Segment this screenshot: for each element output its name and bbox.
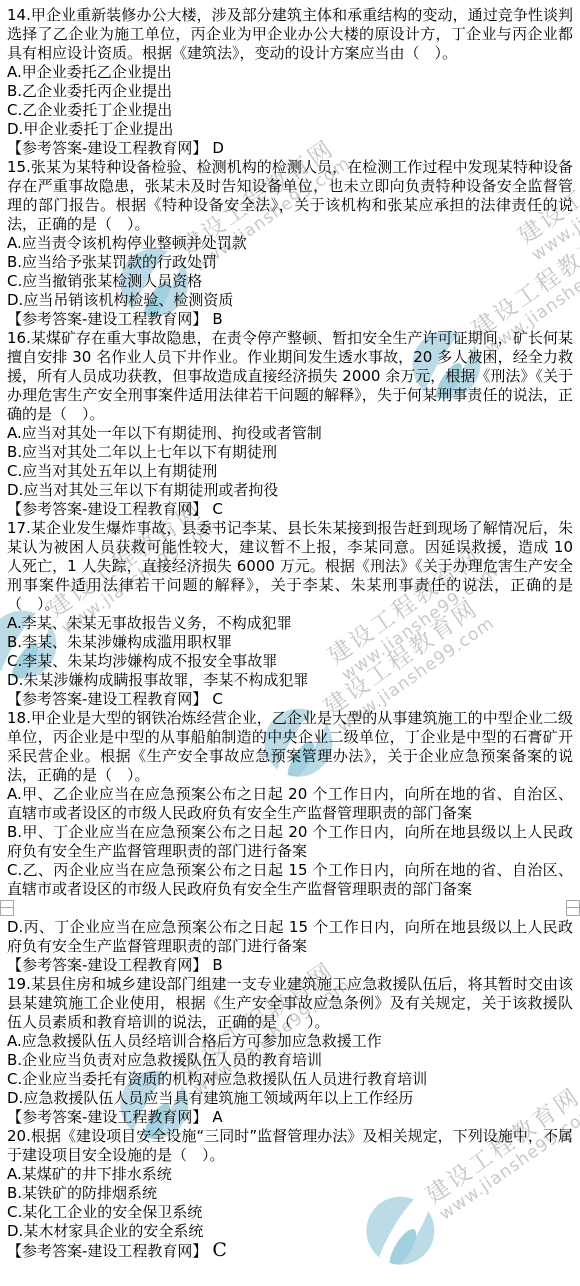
answer-letter: C	[212, 690, 222, 708]
answer-option: B.甲、丁企业应当在应急预案公布之日起 20 个工作日内，向所在地县级以上人民政…	[7, 823, 573, 861]
answer-letter: D	[212, 139, 224, 157]
answer-letter: C	[212, 1239, 227, 1261]
question-stem: 17.某企业发生爆炸事故，县委书记李某、县长朱某接到报告赶到现场了解情况后，朱某…	[7, 519, 573, 614]
answer-prefix: 【参考答案-建设工程教育网】	[7, 690, 207, 708]
answer-prefix: 【参考答案-建设工程教育网】	[7, 1108, 207, 1126]
answer-option: B.某铁矿的防排烟系统	[7, 1184, 573, 1203]
answer-option: A.应当对其处一年以下有期徒刑、拘役或者管制	[7, 424, 573, 443]
page-break-handle	[566, 900, 580, 916]
question-stem: 15.张某为某特种设备检验、检测机构的检测人员，在检测工作过程中发现某特种设备存…	[7, 158, 573, 234]
page-break	[0, 899, 580, 918]
answer-option: D.应当吊销该机构检验、检测资质	[7, 291, 573, 310]
answer-option: B.乙企业委托丙企业提出	[7, 82, 573, 101]
answer-prefix: 【参考答案-建设工程教育网】	[7, 139, 207, 157]
answer-option: A.甲企业委托乙企业提出	[7, 63, 573, 82]
answer-letter: B	[212, 310, 222, 328]
answer-option: C.李某、朱某均涉嫌构成不报安全事故罪	[7, 652, 573, 671]
answer-line: 【参考答案-建设工程教育网】B	[7, 310, 573, 329]
answer-option: B.应当对其处二年以上七年以下有期徒刑	[7, 443, 573, 462]
answer-letter: A	[212, 1108, 222, 1126]
answer-option: A.应急救援队伍人员经培训合格后方可参加应急救援工作	[7, 1032, 573, 1051]
page-break-handle	[0, 900, 14, 916]
answer-option: A.李某、朱某无事故报告义务，不构成犯罪	[7, 614, 573, 633]
answer-option: C.企业应当委托有资质的机构对应急救援队伍人员进行教育培训	[7, 1070, 573, 1089]
answer-option: C.应当撤销张某检测人员资格	[7, 272, 573, 291]
answer-option: C.乙企业委托丁企业提出	[7, 101, 573, 120]
answer-option: B.应当给予张某罚款的行政处罚	[7, 253, 573, 272]
question-list: 14.甲企业重新装修办公大楼，涉及部分建筑主体和承重结构的变动，通过竞争性谈判选…	[0, 0, 580, 1261]
answer-line: 【参考答案-建设工程教育网】A	[7, 1108, 573, 1127]
answer-letter: B	[212, 956, 222, 974]
answer-line: 【参考答案-建设工程教育网】C	[7, 690, 573, 709]
answer-prefix: 【参考答案-建设工程教育网】	[7, 956, 207, 974]
question-stem: 20.根据《建设项目安全设施“三同时”监督管理办法》及相关规定，下列设施中，不属…	[7, 1127, 573, 1165]
answer-line: 【参考答案-建设工程教育网】C	[7, 1241, 573, 1261]
answer-option: B.李某、朱某涉嫌构成滥用职权罪	[7, 633, 573, 652]
answer-option: D.丙、丁企业应当在应急预案公布之日起 15 个工作日内，向所在地县级以上人民政…	[7, 918, 573, 956]
answer-option: A.某煤矿的井下排水系统	[7, 1165, 573, 1184]
answer-option: D.甲企业委托丁企业提出	[7, 120, 573, 139]
answer-option: A.应当责令该机构停业整顿并处罚款	[7, 234, 573, 253]
question-stem: 19.某县住房和城乡建设部门组建一支专业建筑施工应急救援队伍后，将其暂时交由该县…	[7, 975, 573, 1032]
answer-option: D.应急救援队伍人员应当具有建筑施工领域两年以上工作经历	[7, 1089, 573, 1108]
answer-line: 【参考答案-建设工程教育网】B	[7, 956, 573, 975]
answer-line: 【参考答案-建设工程教育网】D	[7, 139, 573, 158]
answer-line: 【参考答案-建设工程教育网】C	[7, 500, 573, 519]
question-stem: 14.甲企业重新装修办公大楼，涉及部分建筑主体和承重结构的变动，通过竞争性谈判选…	[7, 6, 573, 63]
answer-option: D.某木材家具企业的安全系统	[7, 1222, 573, 1241]
answer-option: A.甲、乙企业应当在应急预案公布之日起 20 个工作日内，向所在地的省、自治区、…	[7, 785, 573, 823]
answer-option: D.应当对其处三年以下有期徒刑或者拘役	[7, 481, 573, 500]
answer-prefix: 【参考答案-建设工程教育网】	[7, 500, 207, 518]
answer-prefix: 【参考答案-建设工程教育网】	[7, 1242, 207, 1260]
answer-prefix: 【参考答案-建设工程教育网】	[7, 310, 207, 328]
question-stem: 18.甲企业是大型的钢铁冶炼经营企业，乙企业是大型的从事建筑施工的中型企业二级单…	[7, 709, 573, 785]
answer-option: C.某化工企业的安全保卫系统	[7, 1203, 573, 1222]
question-stem: 16.某煤矿存在重大事故隐患，在责令停产整顿、暂扣安全生产许可证期间，矿长何某擅…	[7, 329, 573, 424]
answer-option: C.乙、丙企业应当在应急预案公布之日起 15 个工作日内，向所在地的省、自治区、…	[7, 861, 573, 899]
answer-option: D.朱某涉嫌构成瞒报事故罪，李某不构成犯罪	[7, 671, 573, 690]
document-page: 建设工程教育网 www.jianshe99.com 建设工程教育网 www.ji…	[0, 0, 580, 1286]
answer-option: C.应当对其处五年以上有期徒刑	[7, 462, 573, 481]
answer-letter: C	[212, 500, 222, 518]
answer-option: B.企业应当负责对应急救援队伍人员的教育培训	[7, 1051, 573, 1070]
